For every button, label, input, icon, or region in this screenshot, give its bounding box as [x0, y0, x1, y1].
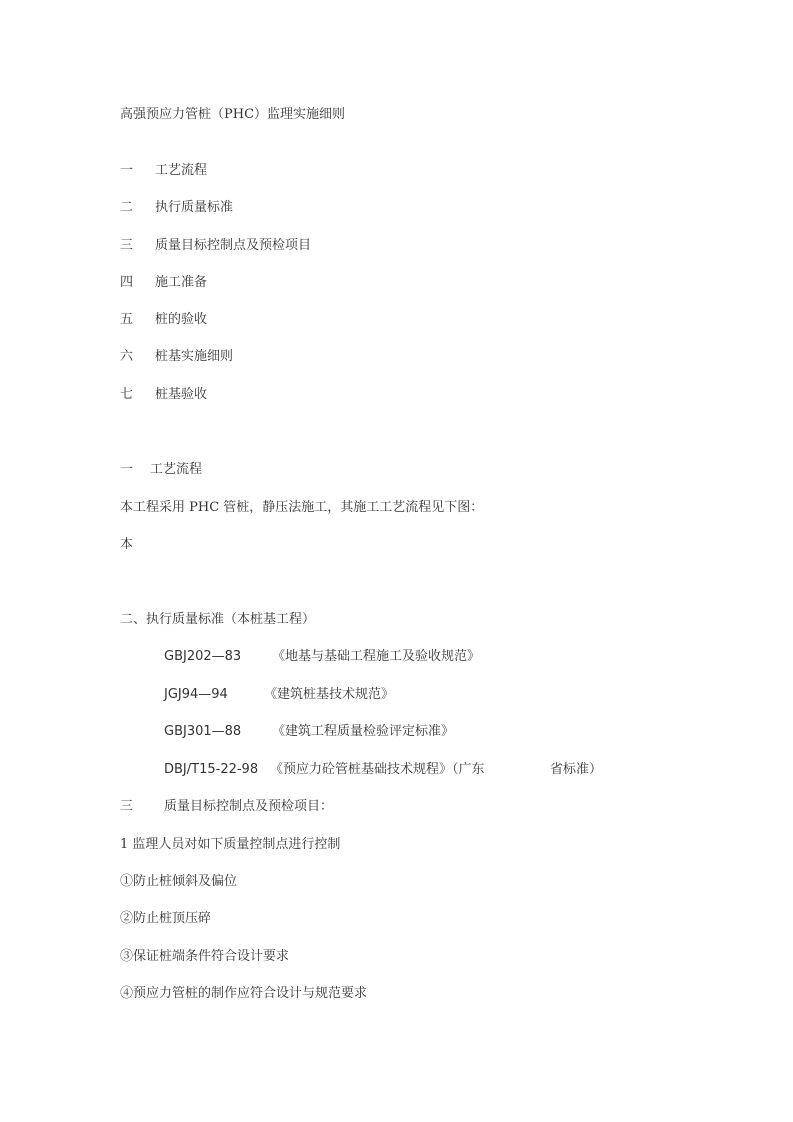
section-heading: 三质量目标控制点及预检项目： — [120, 797, 333, 817]
toc-item: 五桩的验收 — [120, 310, 207, 330]
toc-label: 桩基验收 — [155, 385, 207, 405]
toc-number: 五 — [120, 310, 155, 330]
toc-label: 桩的验收 — [155, 310, 207, 330]
toc-item: 六桩基实施细则 — [120, 347, 233, 367]
toc-number: 七 — [120, 385, 155, 405]
control-intro: 1 监理人员对如下质量控制点进行控制 — [120, 835, 340, 855]
paragraph-fragment: 本 — [120, 535, 133, 555]
paragraph: 本工程采用 PHC 管桩，静压法施工，其施工工艺流程见下图： — [120, 498, 483, 518]
control-point: ②防止桩顶压碎 — [120, 909, 211, 929]
standard-title: 《预应力砼管桩基础技术规程》（广东 — [270, 760, 550, 780]
standard-code: JGJ94—94 — [164, 685, 264, 705]
standard-item: JGJ94—94《建筑桩基技术规范》 — [164, 685, 394, 705]
standard-suffix: 省标准） — [550, 762, 602, 777]
document-title: 高强预应力管桩（PHC）监理实施细则 — [120, 105, 345, 125]
control-point: ①防止桩倾斜及偏位 — [120, 872, 237, 892]
standard-item: GBJ202—83《地基与基础工程施工及验收规范》 — [164, 647, 480, 667]
standard-title: 《建筑工程质量检验评定标准》 — [272, 722, 454, 742]
toc-item: 一工艺流程 — [120, 161, 207, 181]
toc-item: 四施工准备 — [120, 273, 207, 293]
control-point: ④预应力管桩的制作应符合设计与规范要求 — [120, 984, 367, 1004]
toc-label: 质量目标控制点及预检项目 — [155, 236, 311, 256]
toc-label: 执行质量标准 — [155, 198, 233, 218]
toc-item: 二执行质量标准 — [120, 198, 233, 218]
toc-number: 一 — [120, 161, 155, 181]
section-number: 一 — [120, 460, 150, 480]
standard-title: 《地基与基础工程施工及验收规范》 — [272, 647, 480, 667]
toc-label: 施工准备 — [155, 273, 207, 293]
standard-item: GBJ301—88《建筑工程质量检验评定标准》 — [164, 722, 454, 742]
toc-number: 二 — [120, 198, 155, 218]
section-heading: 一工艺流程 — [120, 460, 202, 480]
standard-code: GBJ301—88 — [164, 722, 272, 742]
document-page: 高强预应力管桩（PHC）监理实施细则 一工艺流程 二执行质量标准 三质量目标控制… — [0, 0, 793, 1122]
section-number: 三 — [120, 797, 164, 817]
toc-number: 六 — [120, 347, 155, 367]
section-title: 工艺流程 — [150, 462, 202, 477]
section-heading: 二、执行质量标准（本桩基工程） — [120, 610, 315, 630]
control-point: ③保证桩端条件符合设计要求 — [120, 947, 289, 967]
standard-code: GBJ202—83 — [164, 647, 272, 667]
toc-label: 工艺流程 — [155, 161, 207, 181]
section-title: 质量目标控制点及预检项目： — [164, 799, 333, 814]
standard-item: DBJ/T15-22-98《预应力砼管桩基础技术规程》（广东省标准） — [164, 760, 602, 780]
toc-item: 七桩基验收 — [120, 385, 207, 405]
standard-code: DBJ/T15-22-98 — [164, 760, 270, 780]
toc-number: 四 — [120, 273, 155, 293]
standard-title: 《建筑桩基技术规范》 — [264, 685, 394, 705]
toc-item: 三质量目标控制点及预检项目 — [120, 236, 311, 256]
toc-label: 桩基实施细则 — [155, 347, 233, 367]
toc-number: 三 — [120, 236, 155, 256]
